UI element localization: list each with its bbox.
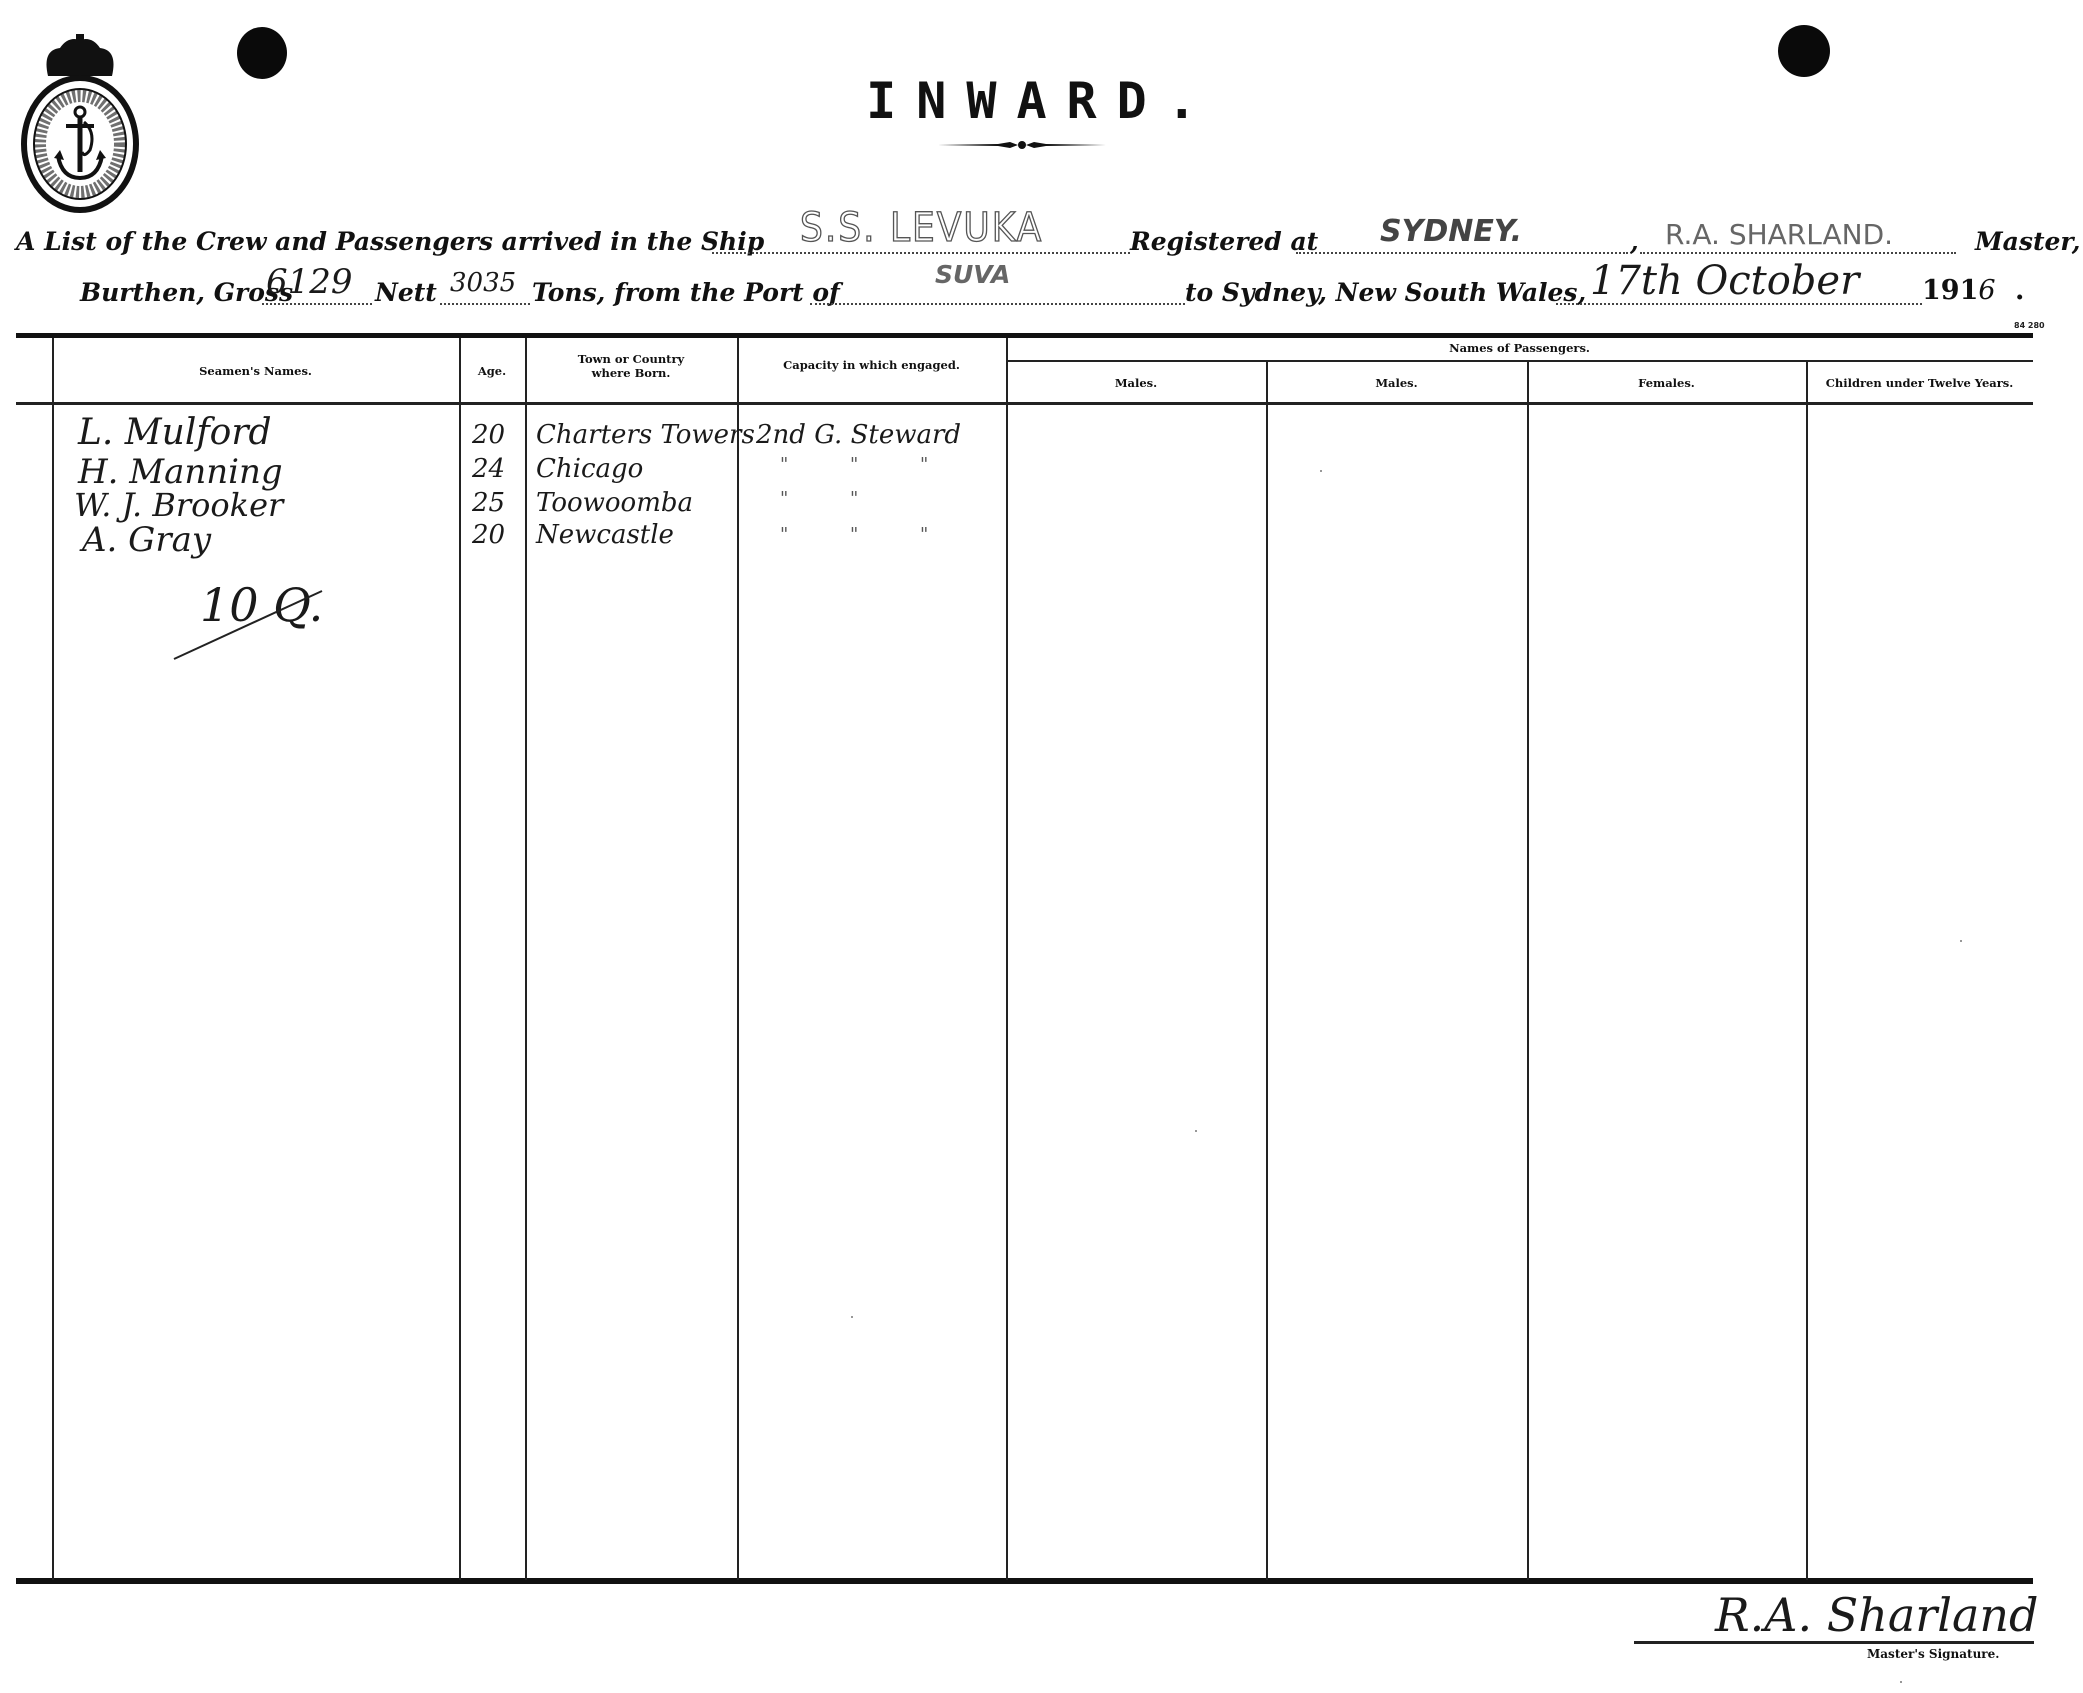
year-field: 1916 . <box>1922 275 2024 306</box>
seaman-capacity: 2nd G. Steward <box>756 420 961 450</box>
to-sydney-label: to Sydney, New South Wales, <box>1185 278 1586 307</box>
page-title: INWARD. <box>0 72 2083 130</box>
paper-speck <box>1900 1681 1902 1683</box>
column-divider <box>459 338 461 1580</box>
column-header-town-born: Town or Country where Born. <box>525 352 737 380</box>
master-label: Master, <box>1975 227 2080 256</box>
seaman-birthplace: Toowoomba <box>536 488 693 518</box>
column-divider <box>1806 362 1808 1580</box>
nett-tons-field-line <box>440 303 530 305</box>
column-divider <box>525 338 527 1580</box>
column-divider <box>737 338 739 1580</box>
column-divider <box>1266 362 1268 1580</box>
master-name-field-line <box>1640 252 1956 254</box>
year-handwritten: 6 <box>1978 275 1995 306</box>
seaman-age: 25 <box>472 488 505 518</box>
column-header-seamen-names: Seamen's Names. <box>52 364 459 378</box>
column-header-children: Children under Twelve Years. <box>1806 376 2033 390</box>
seaman-name: L. Mulford <box>78 412 272 453</box>
arrival-date-value: 17th October <box>1590 258 1859 304</box>
paper-speck <box>1195 1130 1197 1132</box>
column-header-males-1: Males. <box>1006 376 1266 390</box>
column-divider <box>1006 338 1008 1580</box>
port-from-stamp: SUVA <box>935 260 1010 289</box>
port-from-field-line <box>810 303 1185 305</box>
registered-at-label: Registered at <box>1130 227 1318 256</box>
seaman-name: A. Gray <box>82 520 211 560</box>
signature-line <box>1634 1641 2034 1644</box>
form-number: 84 280 <box>2014 321 2045 330</box>
tally-underline <box>170 585 330 665</box>
table-header-bottom-rule <box>16 402 2033 405</box>
gross-tons-field-line <box>262 303 372 305</box>
column-header-passengers-group: Names of Passengers. <box>1006 341 2033 355</box>
gross-tons-value: 6129 <box>266 262 353 302</box>
seaman-capacity: " " <box>780 488 886 509</box>
seaman-age: 24 <box>472 454 505 484</box>
passengers-subheader-rule <box>1006 360 2033 362</box>
comma-separator: , <box>1630 227 1639 256</box>
seaman-birthplace: Charters Towers <box>536 420 755 450</box>
table-top-rule <box>16 333 2033 338</box>
master-signature: R.A. Sharland <box>1715 1588 2038 1642</box>
column-header-females: Females. <box>1527 376 1806 390</box>
town-born-line1: Town or Country <box>525 352 737 366</box>
paper-speck <box>851 1316 853 1318</box>
seaman-birthplace: Chicago <box>536 454 643 484</box>
crew-list-intro-label: A List of the Crew and Passengers arrive… <box>16 227 764 256</box>
seaman-name: W. J. Brooker <box>74 486 283 524</box>
town-born-line2: where Born. <box>525 366 737 380</box>
seaman-age: 20 <box>472 420 505 450</box>
column-header-capacity: Capacity in which engaged. <box>737 358 1006 372</box>
column-header-males-2: Males. <box>1266 376 1527 390</box>
column-divider <box>1527 362 1529 1580</box>
seaman-capacity: " " " <box>780 454 956 475</box>
registered-port-stamp: SYDNEY. <box>1380 214 1522 249</box>
ship-name-stamp: S.S. LEVUKA <box>800 205 1043 251</box>
seaman-age: 20 <box>472 520 505 550</box>
column-divider <box>52 338 54 1580</box>
nett-label: Nett <box>375 278 437 307</box>
seaman-capacity: " " " <box>780 524 956 545</box>
table-bottom-rule <box>16 1578 2033 1584</box>
punch-hole-right <box>1778 25 1830 77</box>
nett-tons-value: 3035 <box>450 268 516 298</box>
paper-speck <box>1960 940 1962 942</box>
year-printed: 191 <box>1922 275 1978 306</box>
paper-speck <box>1320 470 1322 472</box>
ship-name-field-line <box>712 252 1130 254</box>
seaman-birthplace: Newcastle <box>536 520 674 550</box>
tons-from-port-label: Tons, from the Port of <box>532 278 840 307</box>
date-period: . <box>2015 275 2024 306</box>
registered-port-field-line <box>1296 252 1628 254</box>
column-header-age: Age. <box>459 364 525 378</box>
master-name-stamp: R.A. SHARLAND. <box>1665 218 1893 251</box>
master-signature-label: Master's Signature. <box>1867 1647 1999 1661</box>
ornamental-divider <box>938 140 1106 150</box>
